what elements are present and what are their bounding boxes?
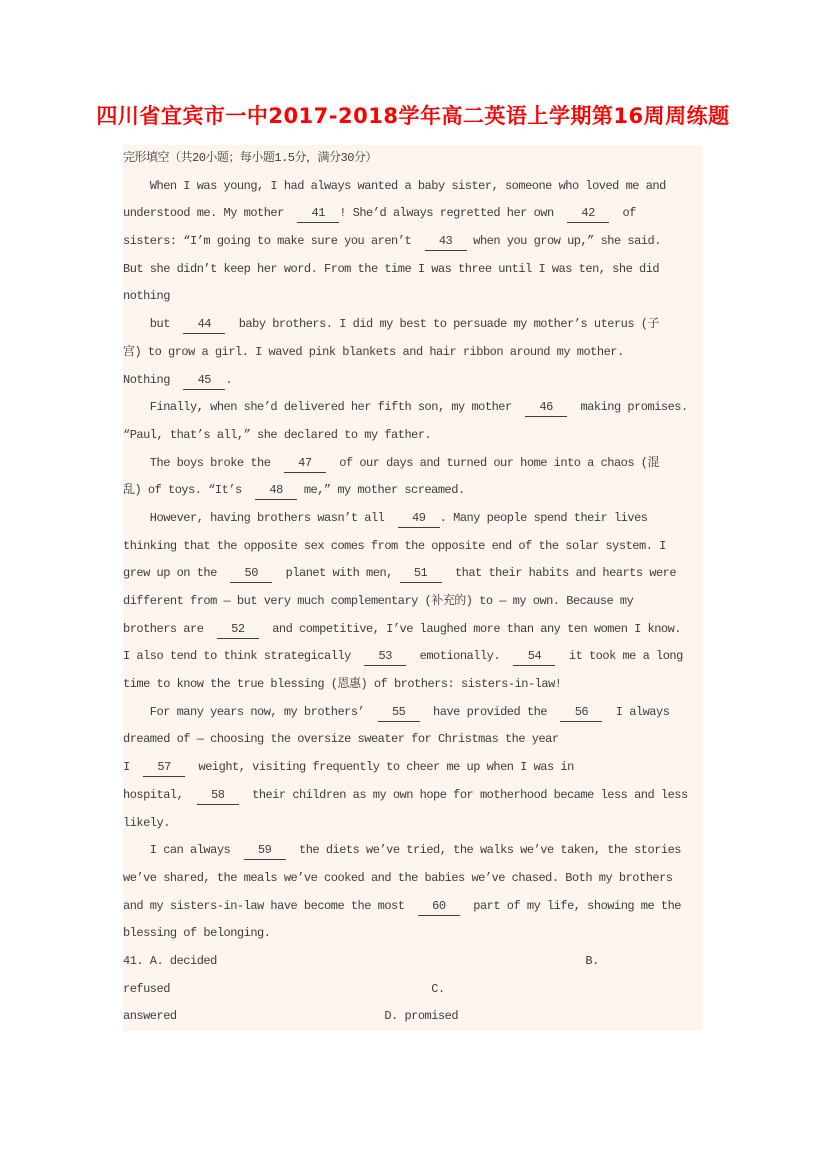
passage-line-24: likely.: [123, 810, 703, 838]
passage-text: sisters: “I’m going to make sure you are…: [123, 234, 425, 248]
cloze-blank-51: 51: [400, 566, 442, 583]
passage-line-14: thinking that the opposite sex comes fro…: [123, 533, 703, 561]
passage-block: 完形填空（共20小题；每小题1.5分，满分30分） When I was you…: [123, 145, 703, 1031]
cloze-blank-50: 50: [230, 566, 272, 583]
cloze-blank-59: 59: [244, 843, 286, 860]
passage-text: .: [225, 373, 232, 387]
passage-line-22: I 57 weight, visiting frequently to chee…: [123, 754, 703, 782]
passage-text: brothers are: [123, 622, 217, 636]
passage-text: 宫) to grow a girl. I waved pink blankets…: [123, 345, 624, 359]
passage-line-3: sisters: “I’m going to make sure you are…: [123, 228, 703, 256]
passage-text: of: [609, 206, 636, 220]
cloze-blank-55: 55: [378, 705, 420, 722]
passage-text: part of my life, showing me the: [460, 899, 681, 913]
passage-line-19: time to know the true blessing (恩惠) of b…: [123, 671, 703, 699]
passage-text: planet with men,: [272, 566, 399, 580]
passage-text: but: [123, 317, 183, 331]
passage-text: I always: [602, 705, 669, 719]
passage-text: 41. A. decided B.: [123, 954, 599, 968]
passage-text: different from — but very much complemen…: [123, 594, 633, 608]
passage-text: it took me a long: [555, 649, 682, 663]
passage-text: making promises.: [567, 400, 688, 414]
passage-text: when you grow up,” she said.: [467, 234, 661, 248]
passage-line-31: answered D. promised: [123, 1003, 703, 1031]
passage-line-23: hospital, 58 their children as my own ho…: [123, 782, 703, 810]
passage-line-29: 41. A. decided B.: [123, 948, 703, 976]
cloze-blank-46: 46: [525, 400, 567, 417]
cloze-blank-53: 53: [364, 649, 406, 666]
document-title: 四川省宜宾市一中2017-2018学年高二英语上学期第16周周练题: [0, 102, 826, 130]
passage-text: emotionally.: [406, 649, 513, 663]
passage-text: that their habits and hearts were: [442, 566, 677, 580]
passage-text: . Many people spend their lives: [440, 511, 648, 525]
passage-text: answered D. promised: [123, 1009, 458, 1023]
passage-text: their children as my own hope for mother…: [239, 788, 688, 802]
passage-line-6: but 44 baby brothers. I did my best to p…: [123, 311, 703, 339]
passage-text: When I was young, I had always wanted a …: [123, 179, 666, 193]
passage-text: baby brothers. I did my best to persuade…: [225, 317, 659, 331]
passage-text: have provided the: [420, 705, 561, 719]
cloze-blank-58: 58: [197, 788, 239, 805]
passage-text: thinking that the opposite sex comes fro…: [123, 539, 666, 553]
passage-line-27: and my sisters-in-law have become the mo…: [123, 893, 703, 921]
cloze-blank-54: 54: [513, 649, 555, 666]
passage-line-28: blessing of belonging.: [123, 920, 703, 948]
passage-line-9: Finally, when she’d delivered her fifth …: [123, 394, 703, 422]
passage-text: refused C.: [123, 982, 445, 996]
passage-text: The boys broke the: [123, 456, 284, 470]
passage-line-4: But she didn’t keep her word. From the t…: [123, 256, 703, 284]
passage-text: Finally, when she’d delivered her fifth …: [123, 400, 525, 414]
passage-line-15: grew up on the 50 planet with men, 51 th…: [123, 560, 703, 588]
passage-line-26: we’ve shared, the meals we’ve cooked and…: [123, 865, 703, 893]
cloze-blank-60: 60: [418, 899, 460, 916]
cloze-blank-57: 57: [143, 760, 185, 777]
passage-line-2: understood me. My mother 41! She’d alway…: [123, 200, 703, 228]
passage-line-16: different from — but very much complemen…: [123, 588, 703, 616]
cloze-blank-41: 41: [297, 206, 339, 223]
passage-text: weight, visiting frequently to cheer me …: [185, 760, 574, 774]
passage-text: I also tend to think strategically: [123, 649, 364, 663]
passage-text: blessing of belonging.: [123, 926, 270, 940]
document-page: 四川省宜宾市一中2017-2018学年高二英语上学期第16周周练题 完形填空（共…: [0, 0, 826, 1169]
passage-text: and competitive, I’ve laughed more than …: [259, 622, 681, 636]
passage-text: nothing: [123, 289, 170, 303]
cloze-blank-43: 43: [425, 234, 467, 251]
passage-line-8: Nothing 45.: [123, 367, 703, 395]
passage-line-7: 宫) to grow a girl. I waved pink blankets…: [123, 339, 703, 367]
passage-line-1: When I was young, I had always wanted a …: [123, 173, 703, 201]
cloze-blank-45: 45: [183, 373, 225, 390]
passage-line-11: The boys broke the 47 of our days and tu…: [123, 450, 703, 478]
cloze-blank-47: 47: [284, 456, 326, 473]
passage-text: we’ve shared, the meals we’ve cooked and…: [123, 871, 673, 885]
passage-text: I: [123, 760, 143, 774]
passage-text: I can always: [123, 843, 244, 857]
passage-text: likely.: [123, 816, 170, 830]
passage-text: grew up on the: [123, 566, 230, 580]
passage-line-18: I also tend to think strategically 53 em…: [123, 643, 703, 671]
passage-text: Nothing: [123, 373, 183, 387]
passage-text: and my sisters-in-law have become the mo…: [123, 899, 418, 913]
passage-line-5: nothing: [123, 283, 703, 311]
passage-line-30: refused C.: [123, 976, 703, 1004]
passage-text: 乱) of toys. “It’s: [123, 483, 255, 497]
cloze-blank-52: 52: [217, 622, 259, 639]
passage-text: of our days and turned our home into a c…: [326, 456, 659, 470]
passage-text: understood me. My mother: [123, 206, 297, 220]
passage-line-12: 乱) of toys. “It’s 48 me,” my mother scre…: [123, 477, 703, 505]
passage-line-20: For many years now, my brothers’ 55 have…: [123, 699, 703, 727]
passage-text: However, having brothers wasn’t all: [123, 511, 398, 525]
passage-lines: When I was young, I had always wanted a …: [123, 173, 703, 1031]
passage-text: time to know the true blessing (恩惠) of b…: [123, 677, 561, 691]
passage-text: But she didn’t keep her word. From the t…: [123, 262, 659, 276]
cloze-blank-49: 49: [398, 511, 440, 528]
cloze-blank-56: 56: [560, 705, 602, 722]
passage-line-10: “Paul, that’s all,” she declared to my f…: [123, 422, 703, 450]
passage-text: For many years now, my brothers’: [123, 705, 378, 719]
cloze-blank-42: 42: [567, 206, 609, 223]
passage-line-21: dreamed of — choosing the oversize sweat…: [123, 726, 703, 754]
passage-text: “Paul, that’s all,” she declared to my f…: [123, 428, 431, 442]
passage-text: hospital,: [123, 788, 197, 802]
passage-text: dreamed of — choosing the oversize sweat…: [123, 732, 559, 746]
passage-text: me,” my mother screamed.: [297, 483, 465, 497]
cloze-blank-44: 44: [183, 317, 225, 334]
passage-line-17: brothers are 52 and competitive, I’ve la…: [123, 616, 703, 644]
passage-text: ! She’d always regretted her own: [339, 206, 567, 220]
passage-text: the diets we’ve tried, the walks we’ve t…: [286, 843, 681, 857]
section-header: 完形填空（共20小题；每小题1.5分，满分30分）: [123, 145, 703, 173]
passage-line-25: I can always 59 the diets we’ve tried, t…: [123, 837, 703, 865]
passage-line-13: However, having brothers wasn’t all 49. …: [123, 505, 703, 533]
cloze-blank-48: 48: [255, 483, 297, 500]
